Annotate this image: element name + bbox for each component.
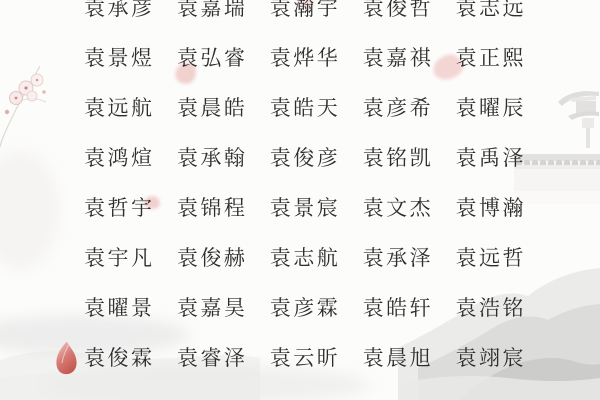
name-cell: 袁俊哲 xyxy=(363,0,434,22)
name-cell: 袁曜辰 xyxy=(456,92,527,122)
name-cell: 袁景煜 xyxy=(84,42,155,72)
name-cell: 袁禹泽 xyxy=(456,142,527,172)
name-cell: 袁远航 xyxy=(84,92,155,122)
name-cell: 袁文杰 xyxy=(363,192,434,222)
name-cell: 袁承泽 xyxy=(363,242,434,272)
name-cell: 袁晨旭 xyxy=(363,342,434,372)
name-cell: 袁晨皓 xyxy=(177,92,248,122)
name-cell: 袁皓轩 xyxy=(363,292,434,322)
name-cell: 袁翊宸 xyxy=(456,342,527,372)
name-row: 袁鸿煊袁承翰袁俊彦袁铭凯袁禹泽 xyxy=(0,132,600,182)
name-cell: 袁睿泽 xyxy=(177,342,248,372)
name-cell: 袁嘉祺 xyxy=(363,42,434,72)
name-cell: 袁承彦 xyxy=(84,0,155,22)
name-cell: 袁嘉瑞 xyxy=(177,0,248,22)
name-cell: 袁志航 xyxy=(270,242,341,272)
name-cell: 袁正熙 xyxy=(456,42,527,72)
name-cell: 袁彦希 xyxy=(363,92,434,122)
name-row: 袁曜景袁嘉昊袁彦霖袁皓轩袁浩铭 xyxy=(0,282,600,332)
name-cell: 袁铭凯 xyxy=(363,142,434,172)
name-row: 袁远航袁晨皓袁皓天袁彦希袁曜辰 xyxy=(0,82,600,132)
name-cell: 袁志远 xyxy=(456,0,527,22)
name-row: 袁俊霖袁睿泽袁云昕袁晨旭袁翊宸 xyxy=(0,332,600,382)
name-cell: 袁博瀚 xyxy=(456,192,527,222)
name-cell: 袁弘睿 xyxy=(177,42,248,72)
name-cell: 袁远哲 xyxy=(456,242,527,272)
name-cell: 袁鸿煊 xyxy=(84,142,155,172)
name-cell: 袁烨华 xyxy=(270,42,341,72)
name-cell: 袁彦霖 xyxy=(270,292,341,322)
name-cell: 袁俊霖 xyxy=(84,342,155,372)
name-list-page: 袁承彦袁嘉瑞袁瀚宇袁俊哲袁志远袁景煜袁弘睿袁烨华袁嘉祺袁正熙袁远航袁晨皓袁皓天袁… xyxy=(0,0,600,400)
name-row: 袁哲宇袁锦程袁景宸袁文杰袁博瀚 xyxy=(0,182,600,232)
name-cell: 袁曜景 xyxy=(84,292,155,322)
name-grid: 袁承彦袁嘉瑞袁瀚宇袁俊哲袁志远袁景煜袁弘睿袁烨华袁嘉祺袁正熙袁远航袁晨皓袁皓天袁… xyxy=(0,0,600,382)
name-cell: 袁俊彦 xyxy=(270,142,341,172)
name-cell: 袁景宸 xyxy=(270,192,341,222)
name-cell: 袁瀚宇 xyxy=(270,0,341,22)
name-cell: 袁承翰 xyxy=(177,142,248,172)
name-cell: 袁俊赫 xyxy=(177,242,248,272)
name-cell: 袁锦程 xyxy=(177,192,248,222)
name-cell: 袁云昕 xyxy=(270,342,341,372)
name-row: 袁宇凡袁俊赫袁志航袁承泽袁远哲 xyxy=(0,232,600,282)
name-cell: 袁浩铭 xyxy=(456,292,527,322)
name-cell: 袁嘉昊 xyxy=(177,292,248,322)
name-cell: 袁哲宇 xyxy=(84,192,155,222)
name-cell: 袁宇凡 xyxy=(84,242,155,272)
name-row: 袁承彦袁嘉瑞袁瀚宇袁俊哲袁志远 xyxy=(0,0,600,32)
name-cell: 袁皓天 xyxy=(270,92,341,122)
name-row: 袁景煜袁弘睿袁烨华袁嘉祺袁正熙 xyxy=(0,32,600,82)
